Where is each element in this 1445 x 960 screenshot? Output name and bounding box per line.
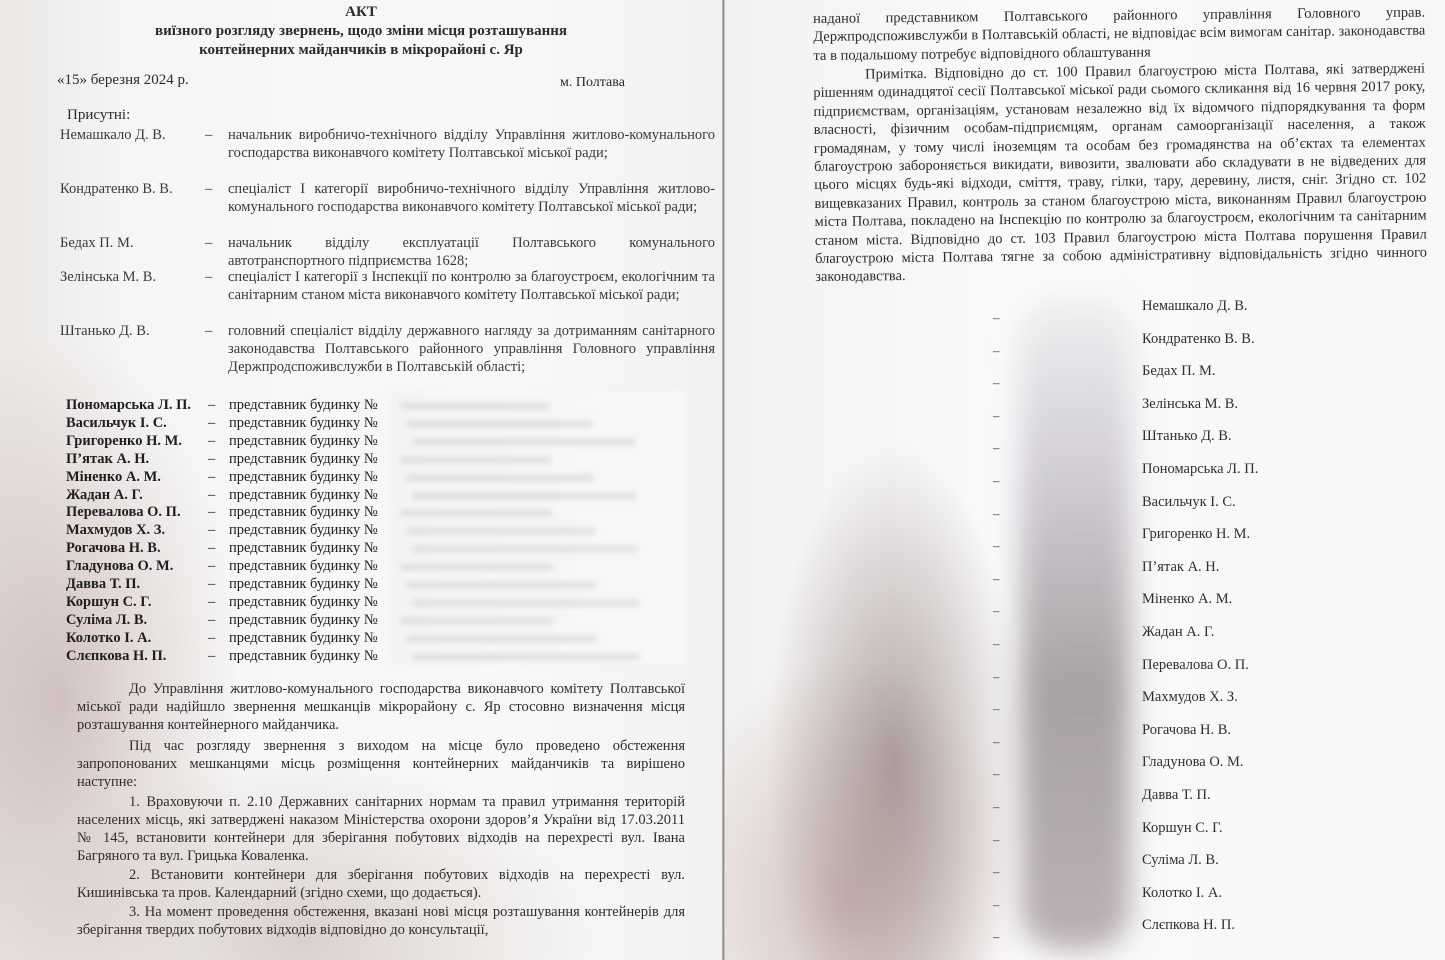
official-name: Штанько Д. В. bbox=[60, 322, 150, 340]
redacted-address bbox=[406, 582, 596, 588]
signature-line: – bbox=[993, 897, 1000, 913]
dash: – bbox=[208, 522, 215, 539]
signature-line: – bbox=[993, 408, 1000, 424]
dash: – bbox=[205, 126, 212, 144]
signatory-name: Немашкало Д. В. bbox=[1142, 298, 1248, 315]
signatory-name: Васильчук І. С. bbox=[1142, 494, 1236, 511]
paragraph-decision-2: 2. Встановити контейнери для зберігання … bbox=[77, 866, 685, 902]
present-label: Присутні: bbox=[67, 107, 130, 124]
paragraph-consultation-conclusion: наданої представником Полтавського район… bbox=[813, 4, 1426, 66]
resident-role: представник будинку № bbox=[229, 469, 378, 486]
resident-role: представник будинку № bbox=[229, 397, 378, 414]
paragraph-note: Примітка. Відповідно до ст. 100 Правил б… bbox=[813, 60, 1427, 287]
signature-line: – bbox=[993, 701, 1000, 717]
resident-name: Васильчук І. С. bbox=[66, 415, 167, 432]
resident-role: представник будинку № bbox=[229, 487, 378, 504]
signature-line: – bbox=[993, 734, 1000, 750]
resident-name: Григоренко Н. М. bbox=[66, 433, 182, 450]
resident-role: представник будинку № bbox=[229, 558, 378, 575]
resident-role: представник будинку № bbox=[229, 576, 378, 593]
resident-name: Міненко А. М. bbox=[66, 469, 161, 486]
signature-line: – bbox=[993, 375, 1000, 391]
signature-line: – bbox=[993, 832, 1000, 848]
signature-line: – bbox=[993, 538, 1000, 554]
redacted-address bbox=[412, 493, 637, 499]
signatory-name: Григоренко Н. М. bbox=[1142, 526, 1250, 543]
resident-role: представник будинку № bbox=[229, 648, 378, 665]
resident-name: Коршун С. Г. bbox=[66, 594, 152, 611]
dash: – bbox=[208, 648, 215, 665]
dash: – bbox=[208, 504, 215, 521]
official-position: начальник відділу експлуатації Полтавськ… bbox=[228, 234, 715, 270]
document-date: «15» березня 2024 р. bbox=[57, 72, 189, 89]
redacted-signatures bbox=[1020, 300, 1130, 950]
resident-name: Перевалова О. П. bbox=[66, 504, 181, 521]
document-subtitle-line2: контейнерних майданчиків в мікрорайоні с… bbox=[0, 41, 722, 60]
signature-line: – bbox=[993, 669, 1000, 685]
signature-line: – bbox=[993, 766, 1000, 782]
signatory-name: Махмудов Х. З. bbox=[1142, 689, 1238, 706]
dash: – bbox=[208, 469, 215, 486]
signatory-name: Рогачова Н. В. bbox=[1142, 722, 1231, 739]
dash: – bbox=[208, 415, 215, 432]
dash: – bbox=[208, 487, 215, 504]
redacted-address bbox=[412, 439, 636, 445]
dash: – bbox=[208, 630, 215, 647]
signatory-name: Коршун С. Г. bbox=[1142, 820, 1223, 837]
redacted-address bbox=[412, 600, 639, 606]
official-name: Бедах П. М. bbox=[60, 234, 134, 252]
dash: – bbox=[205, 180, 212, 198]
signature-line: – bbox=[993, 310, 1000, 326]
redacted-address bbox=[406, 528, 595, 534]
official-position: спеціаліст І категорії виробничо-технічн… bbox=[228, 180, 715, 216]
resident-role: представник будинку № bbox=[229, 522, 378, 539]
redacted-address bbox=[400, 403, 550, 409]
paragraph-decision-1: 1. Враховуючи п. 2.10 Державних санітарн… bbox=[77, 793, 685, 865]
redacted-address bbox=[400, 510, 552, 516]
signatory-name: Бедах П. М. bbox=[1142, 363, 1216, 380]
resident-role: представник будинку № bbox=[229, 540, 378, 557]
dash: – bbox=[208, 612, 215, 629]
paragraph-decision-3: 3. На момент проведення обстеження, вказ… bbox=[77, 903, 685, 939]
dash: – bbox=[208, 397, 215, 414]
dash: – bbox=[208, 576, 215, 593]
signature-line: – bbox=[993, 636, 1000, 652]
resident-name: Рогачова Н. В. bbox=[66, 540, 161, 557]
signatory-name: Пономарська Л. П. bbox=[1142, 461, 1258, 478]
dash: – bbox=[208, 451, 215, 468]
signature-line: – bbox=[993, 929, 1000, 945]
signatory-name: П’ятак А. Н. bbox=[1142, 559, 1219, 576]
resident-role: представник будинку № bbox=[229, 451, 378, 468]
resident-role: представник будинку № bbox=[229, 504, 378, 521]
document-subtitle-line1: виїзного розгляду звернень, щодо зміни м… bbox=[0, 22, 722, 41]
paragraph-inspection: Під час розгляду звернення з виходом на … bbox=[77, 737, 685, 791]
official-name: Зелінська М. В. bbox=[60, 268, 156, 286]
signature-line: – bbox=[993, 571, 1000, 587]
document-title: АКТ bbox=[0, 3, 722, 22]
redacted-address bbox=[406, 421, 593, 427]
resident-name: Жадан А. Г. bbox=[66, 487, 143, 504]
signature-line: – bbox=[993, 799, 1000, 815]
signatory-name: Жадан А. Г. bbox=[1142, 624, 1214, 641]
dash: – bbox=[205, 268, 212, 286]
resident-role: представник будинку № bbox=[229, 630, 378, 647]
signatory-name: Суліма Л. В. bbox=[1142, 852, 1219, 869]
redacted-address bbox=[400, 457, 551, 463]
resident-name: П’ятак А. Н. bbox=[66, 451, 149, 468]
resident-name: Суліма Л. В. bbox=[66, 612, 147, 629]
dash: – bbox=[205, 234, 212, 252]
resident-role: представник будинку № bbox=[229, 612, 378, 629]
dash: – bbox=[205, 322, 212, 340]
resident-role: представник будинку № bbox=[229, 594, 378, 611]
signature-line: – bbox=[993, 603, 1000, 619]
redacted-address bbox=[400, 618, 554, 624]
signature-line: – bbox=[993, 864, 1000, 880]
resident-name: Колотко І. А. bbox=[66, 630, 151, 647]
dash: – bbox=[208, 558, 215, 575]
signatory-name: Кондратенко В. В. bbox=[1142, 331, 1255, 348]
dash: – bbox=[208, 594, 215, 611]
official-name: Немашкало Д. В. bbox=[60, 126, 166, 144]
resident-name: Гладунова О. М. bbox=[66, 558, 173, 575]
redacted-address bbox=[412, 654, 640, 660]
resident-role: представник будинку № bbox=[229, 415, 378, 432]
signatory-name: Перевалова О. П. bbox=[1142, 657, 1249, 674]
signature-line: – bbox=[993, 343, 1000, 359]
redacted-address bbox=[406, 636, 597, 642]
resident-name: Махмудов Х. З. bbox=[66, 522, 165, 539]
signature-line: – bbox=[993, 473, 1000, 489]
resident-name: Пономарська Л. П. bbox=[66, 397, 191, 414]
dash: – bbox=[208, 540, 215, 557]
resident-name: Слєпкова Н. П. bbox=[66, 648, 166, 665]
signatory-name: Давва Т. П. bbox=[1142, 787, 1211, 804]
redacted-address bbox=[406, 475, 594, 481]
resident-name: Давва Т. П. bbox=[66, 576, 140, 593]
resident-role: представник будинку № bbox=[229, 433, 378, 450]
signature-line: – bbox=[993, 506, 1000, 522]
dash: – bbox=[208, 433, 215, 450]
redacted-address bbox=[412, 546, 638, 552]
signatory-name: Штанько Д. В. bbox=[1142, 428, 1232, 445]
official-position: головний спеціаліст відділу державного н… bbox=[228, 322, 715, 376]
redacted-address bbox=[400, 564, 553, 570]
signatory-name: Міненко А. М. bbox=[1142, 591, 1232, 608]
official-position: начальник виробничо-технічного відділу У… bbox=[228, 126, 715, 162]
document-city: м. Полтава bbox=[560, 75, 625, 91]
official-name: Кондратенко В. В. bbox=[60, 180, 173, 198]
paragraph-appeal: До Управління житлово-комунального госпо… bbox=[77, 680, 685, 734]
signatory-name: Слєпкова Н. П. bbox=[1142, 917, 1235, 934]
signatory-name: Гладунова О. М. bbox=[1142, 754, 1244, 771]
signatory-name: Колотко І. А. bbox=[1142, 885, 1222, 902]
signature-line: – bbox=[993, 440, 1000, 456]
signatory-name: Зелінська М. В. bbox=[1142, 396, 1238, 413]
official-position: спеціаліст І категорії з Інспекції по ко… bbox=[228, 268, 715, 304]
